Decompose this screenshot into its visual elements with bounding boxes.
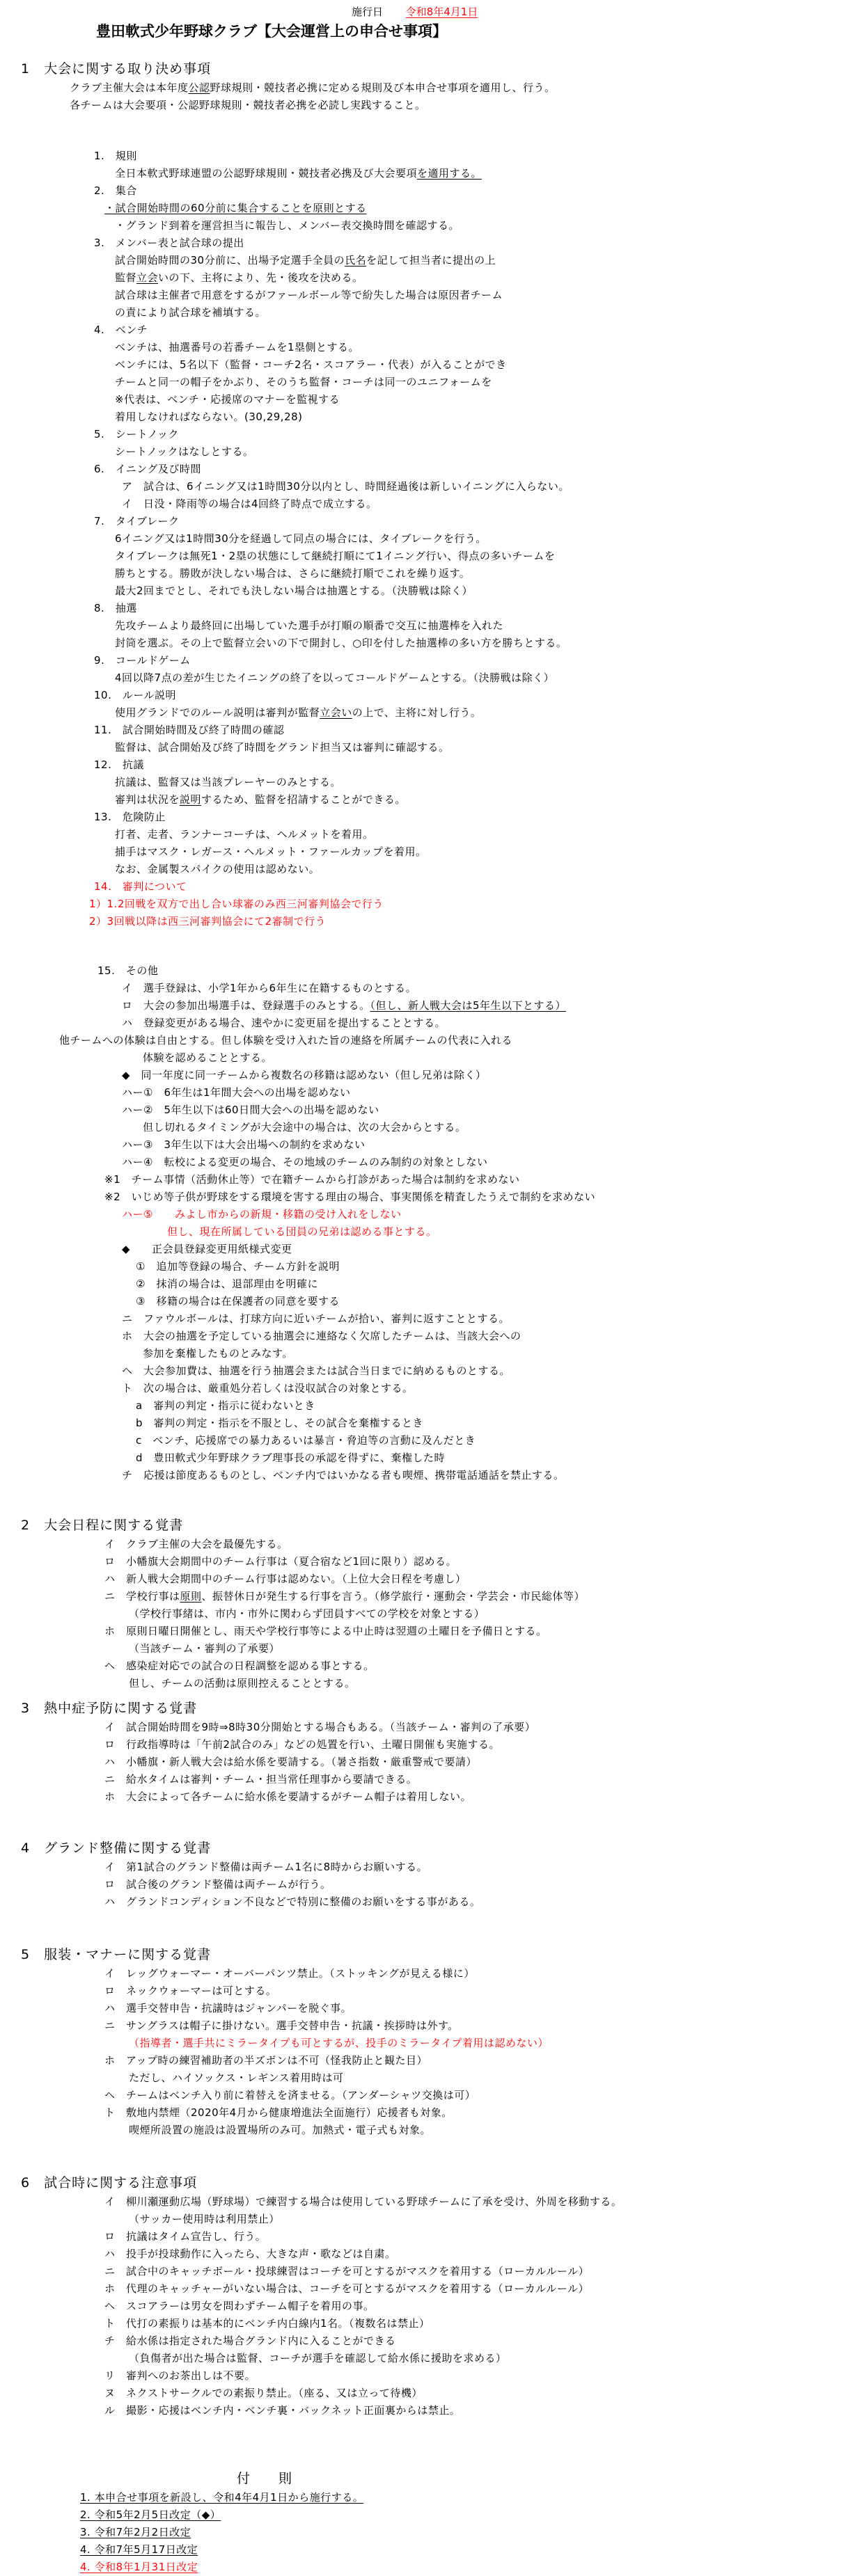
text-segment: 6イニング又は1時間30分を経過して同点の場合には、タイブレークを行う。 — [115, 532, 487, 545]
text-segment: タイブレークは無死1・2塁の状態にして継続打順にて1イニング行い、得点の多いチー… — [115, 550, 555, 562]
doc-line: 15. その他 — [0, 962, 864, 980]
text-segment: 2 大会日程に関する覚書 — [21, 1518, 183, 1533]
doc-line: 先攻チームより最終回に出場していた選手が打順の順番で交互に抽選棒を入れた — [0, 617, 864, 635]
doc-line: ただし、ハイソックス・レギンス着用時は可 — [0, 2069, 864, 2087]
doc-line: ヘ 大会参加費は、抽選を行う抽選会または試合当日までに納めるものとする。 — [0, 1362, 864, 1380]
text-segment: ロ 小幡旗大会期間中のチーム行事は（夏合宿など1回に限り）認める。 — [104, 1555, 457, 1568]
text-segment: 着用しなければならない。(30,29,28) — [115, 411, 303, 423]
text-segment: ただし、ハイソックス・レギンス着用時は可 — [129, 2072, 344, 2084]
text-segment: ベンチは、抽選番号の若番チームを1塁側とする。 — [115, 341, 359, 353]
text-segment: 喫煙所設置の施設は設置場所のみ可。加熱式・電子式も対象。 — [129, 2124, 431, 2136]
text-segment: 4 グランド整備に関する覚書 — [21, 1840, 211, 1856]
doc-line: 4. 令和8年1月31日改定 — [0, 2559, 864, 2576]
text-segment: ホ 大会の抽選を予定している抽選会に連絡なく欠席したチームは、当該大会への — [122, 1330, 521, 1342]
doc-line: ト 敷地内禁煙（2020年4月から健康増進法全面施行）応援者も対象。 — [0, 2104, 864, 2122]
doc-line: ハ 選手交替申告・抗議時はジャンパーを脱ぐ事。 — [0, 2000, 864, 2017]
text-segment: 封筒を選ぶ。その上で監督立会いの下で開封し、○印を付した抽選棒の多い方を勝ちとす… — [115, 637, 567, 649]
section-heading: 6 試合時に関する注意事項 — [0, 2172, 864, 2193]
text-segment: ② 抹消の場合は、退部理由を明確に — [136, 1278, 318, 1290]
text-segment: 最大2回までとし、それでも決しない場合は抽選とする。（決勝戦は除く） — [115, 585, 473, 597]
text-segment: ハー① 6年生は1年間大会への出場を認めない — [122, 1086, 351, 1099]
text-segment: 12. 抗議 — [94, 758, 144, 771]
doc-line: イ 日没・降雨等の場合は4回終了時点で成立する。 — [0, 495, 864, 513]
doc-line: （負傷者が出た場合は監督、コーチが選手を確認して給水係に援助を求める） — [0, 2350, 864, 2367]
text-segment: チームと同一の帽子をかぶり、そのうち監督・コーチは同一のユニフォームを — [115, 376, 492, 388]
text-segment: 15. その他 — [97, 964, 158, 977]
doc-line: ・試合開始時間の60分前に集合することを原則とする — [0, 200, 864, 217]
text-segment: 野球規則・競技者必携に定める規則及び本申合せ事項を適用し、行う。 — [210, 81, 556, 94]
text-segment: ※2 いじめ等子供が野球をする環境を害する理由の場合、事実関係を精査したうえで制… — [104, 1191, 595, 1203]
text-segment: チ 給水係は指定された場合グランド内に入ることができる — [104, 2335, 396, 2347]
text-segment: ロ 抗議はタイム宣告し、行う。 — [104, 2230, 266, 2243]
doc-line: ハ 登録変更がある場合、速やかに変更届を提出することとする。 — [0, 1015, 864, 1032]
doc-line: 11. 試合開始時間及び終了時間の確認 — [0, 722, 864, 739]
doc-line: チームと同一の帽子をかぶり、そのうち監督・コーチは同一のユニフォームを — [0, 374, 864, 391]
doc-line: クラブ主催大会は本年度公認野球規則・競技者必携に定める規則及び本申合せ事項を適用… — [0, 79, 864, 97]
doc-line: 1）1.2回戦を双方で出し合い球審のみ西三河審判協会で行う — [0, 896, 864, 913]
text-segment: ハ 小幡旗・新人戦大会は給水係を要請する。（暑さ指数・厳重警戒で要請） — [104, 1756, 477, 1768]
text-segment: ③ 移籍の場合は在保護者の同意を要する — [136, 1295, 340, 1307]
text-segment: （当該チーム・審判の了承要） — [129, 1642, 280, 1655]
doc-line: ハー① 6年生は1年間大会への出場を認めない — [0, 1084, 864, 1102]
text-segment: チ 応援は節度あるものとし、ベンチ内ではいかなる者も喫煙、携帯電話通話を禁止する… — [122, 1469, 565, 1481]
text-segment: ハー② 5年生以下は60日間大会への出場を認めない — [122, 1104, 379, 1116]
doc-line: ベンチには、5名以下（監督・コーチ2名・スコアラー・代表）が入ることができ — [0, 356, 864, 374]
text-segment: 、振替休日が発生する行事を言う。（修学旅行・運動会・学芸会・市民総体等） — [202, 1590, 586, 1603]
text-segment: ・試合開始時間の60分前に集合することを原則とする — [104, 202, 367, 214]
text-segment: 試合開始時間の30分前に、出場予定選手全員の — [115, 254, 345, 267]
document-body: 1 大会に関する取り決め事項クラブ主催大会は本年度公認野球規則・競技者必携に定め… — [0, 58, 864, 2576]
text-segment: 試合球は主催者で用意をするがファールボール等で紛失した場合は原因者チーム — [115, 289, 503, 301]
doc-line: ヌ ネクストサークルでの素振り禁止。（座る、又は立って待機） — [0, 2385, 864, 2402]
text-segment: 使用グランドでのルール説明は審判が監督 — [115, 706, 320, 719]
doc-line: ロ 試合後のグランド整備は両チームが行う。 — [0, 1876, 864, 1893]
text-segment: を適用する。 — [417, 167, 482, 180]
text-segment: ヘ スコアラーは男女を問わずチーム帽子を着用の事。 — [104, 2300, 375, 2312]
doc-line: 打者、走者、ランナーコーチは、ヘルメットを着用。 — [0, 826, 864, 843]
text-segment: ホ 大会によって各チームに給水係を要請するがチーム帽子は着用しない。 — [104, 1790, 471, 1803]
text-segment: 1 大会に関する取り決め事項 — [21, 61, 211, 77]
text-segment: 2. 集合 — [94, 184, 137, 197]
text-segment: （学校行事緒は、市内・市外に関わらず団員すべての学校を対象とする） — [129, 1607, 485, 1620]
doc-line: シートノックはなしとする。 — [0, 443, 864, 461]
text-segment: （指導者・選手共にミラータイプも可とするが、投手のミラータイプ着用は認めない） — [129, 2037, 549, 2049]
text-segment: 7. タイブレーク — [94, 515, 179, 527]
text-segment: ◆ 正会員登録変更用紙様式変更 — [122, 1243, 292, 1255]
doc-line: 3. 令和7年2月2日改定 — [0, 2524, 864, 2541]
doc-line: イ 選手登録は、小学1年から6年生に在籍するものとする。 — [0, 980, 864, 997]
text-segment: 審判は状況を — [115, 793, 180, 806]
doc-line: 2）3回戦以降は西三河審判協会にて2審制で行う — [0, 913, 864, 930]
doc-line: ・グランド到着を運営担当に報告し、メンバー表交換時間を確認する。 — [0, 217, 864, 234]
text-segment: 6. イニング及び時間 — [94, 463, 201, 475]
doc-line: ト 代打の素振りは基本的にベンチ内白線内1名。（複数名は禁止） — [0, 2315, 864, 2332]
text-segment: 1. 本申合せ事項を新設し、令和4年4月1日から施行する。 — [80, 2491, 363, 2504]
text-segment: 全日本軟式野球連盟の公認野球規則・競技者必携及び大会要項 — [115, 167, 417, 180]
text-segment: ハー④ 転校による変更の場合、その地域のチームのみ制約の対象としない — [122, 1156, 487, 1168]
doc-line: イ 試合開始時間を9時⇒8時30分開始とする場合もある。（当該チーム・審判の了承… — [0, 1719, 864, 1736]
text-segment: b 審判の判定・指示を不服とし、その試合を棄権するとき — [136, 1417, 423, 1429]
text-segment: ホ アップ時の練習補助者の半ズボンは不可（怪我防止と観た目） — [104, 2054, 427, 2067]
text-segment: ト 次の場合は、厳重処分若しくは没収試合の対象とする。 — [122, 1382, 414, 1394]
text-segment: 但し、現在所属している団員の兄弟は認める事とする。 — [167, 1225, 437, 1238]
text-segment: ロ 大会の参加出場選手は、登録選手のみとする。 — [122, 999, 370, 1012]
doc-line: 6. イニング及び時間 — [0, 461, 864, 478]
section-heading: 3 熱中症予防に関する覚書 — [0, 1698, 864, 1719]
doc-line: ト 次の場合は、厳重処分若しくは没収試合の対象とする。 — [0, 1380, 864, 1397]
doc-line: 4. ベンチ — [0, 321, 864, 339]
doc-line: の責により試合球を補填する。 — [0, 304, 864, 321]
text-segment: ベンチには、5名以下（監督・コーチ2名・スコアラー・代表）が入ることができ — [115, 358, 507, 371]
doc-line: 12. 抗議 — [0, 756, 864, 774]
doc-line: ニ ファウルボールは、打球方向に近いチームが拾い、審判に返すこととする。 — [0, 1310, 864, 1328]
text-segment: するため、監督を招請することができる。 — [201, 793, 406, 806]
text-segment: クラブ主催大会は本年度 — [70, 81, 189, 94]
text-segment: ヌ ネクストサークルでの素振り禁止。（座る、又は立って待機） — [104, 2387, 423, 2399]
issue-date-value: 令和8年4月1日 — [406, 6, 478, 18]
doc-line: ロ 大会の参加出場選手は、登録選手のみとする。（但し、新人戦大会は5年生以下とす… — [0, 997, 864, 1015]
doc-line: 参加を棄権したものとみなす。 — [0, 1345, 864, 1362]
doc-line: b 審判の判定・指示を不服とし、その試合を棄権するとき — [0, 1415, 864, 1432]
text-segment: 2. 令和5年2月5日改定（◆） — [80, 2509, 221, 2521]
text-segment: なお、金属製スパイクの使用は認めない。 — [115, 863, 320, 875]
text-segment: （負傷者が出た場合は監督、コーチが選手を確認して給水係に援助を求める） — [129, 2352, 507, 2364]
doc-line: ① 追加等登録の場合、チーム方針を説明 — [0, 1258, 864, 1275]
text-segment: ※代表は、ベンチ・応援席のマナーを監視する — [115, 393, 340, 406]
doc-line: 監督は、試合開始及び終了時間をグランド担当又は審判に確認する。 — [0, 739, 864, 756]
doc-line: 勝ちとする。勝敗が決しない場合は、さらに継続打順でこれを繰り返す。 — [0, 565, 864, 582]
text-segment: 各チームは大会要項・公認野球規則・競技者必携を必読し実践すること。 — [70, 99, 426, 111]
doc-line: 2. 令和5年2月5日改定（◆） — [0, 2506, 864, 2524]
text-segment: 11. 試合開始時間及び終了時間の確認 — [94, 724, 284, 736]
doc-line: 4回以降7点の差が生じたイニングの終了を以ってコールドゲームとする。（決勝戦は除… — [0, 669, 864, 687]
text-segment: 8. 抽選 — [94, 602, 137, 614]
doc-line: 審判は状況を説明するため、監督を招請することができる。 — [0, 791, 864, 809]
doc-line: 封筒を選ぶ。その上で監督立会いの下で開封し、○印を付した抽選棒の多い方を勝ちとす… — [0, 635, 864, 652]
text-segment: d 豊田軟式少年野球クラブ理事長の承認を得ずに、棄権した時 — [136, 1452, 445, 1464]
page-title: 豊田軟式少年野球クラブ【大会運営上の申合せ事項】 — [0, 21, 864, 42]
text-segment: イ 第1試合のグランド整備は両チーム1名に8時からお願いする。 — [104, 1861, 427, 1873]
doc-line: なお、金属製スパイクの使用は認めない。 — [0, 861, 864, 878]
section-heading: 2 大会日程に関する覚書 — [0, 1515, 864, 1536]
text-segment: 抗議は、監督又は当該プレーヤーのみとする。 — [115, 776, 341, 788]
doc-line: ※代表は、ベンチ・応援席のマナーを監視する — [0, 391, 864, 408]
doc-line: 14. 審判について — [0, 878, 864, 896]
doc-line: 1. 規則 — [0, 148, 864, 165]
doc-line: ホ アップ時の練習補助者の半ズボンは不可（怪我防止と観た目） — [0, 2052, 864, 2069]
text-segment: イ 日没・降雨等の場合は4回終了時点で成立する。 — [122, 498, 377, 510]
doc-line: ニ 試合中のキャッチボール・投球練習はコーチを可とするがマスクを着用する（ローカ… — [0, 2263, 864, 2280]
doc-line: 但し切れるタイミングが大会途中の場合は、次の大会からとする。 — [0, 1119, 864, 1136]
text-segment: ① 追加等登録の場合、チーム方針を説明 — [136, 1260, 340, 1273]
doc-line: 試合球は主催者で用意をするがファールボール等で紛失した場合は原因者チーム — [0, 287, 864, 304]
doc-line: イ 第1試合のグランド整備は両チーム1名に8時からお願いする。 — [0, 1859, 864, 1876]
doc-line: ② 抹消の場合は、退部理由を明確に — [0, 1275, 864, 1293]
doc-line: リ 審判へのお茶出しは不要。 — [0, 2367, 864, 2385]
text-segment: ヘ 大会参加費は、抽選を行う抽選会または試合当日までに納めるものとする。 — [122, 1365, 510, 1377]
text-segment: 打者、走者、ランナーコーチは、ヘルメットを着用。 — [115, 828, 374, 841]
text-segment: いの下、主将により、先・後攻を決める。 — [158, 271, 363, 284]
doc-line: 抗議は、監督又は当該プレーヤーのみとする。 — [0, 774, 864, 791]
doc-line: ロ 抗議はタイム宣告し、行う。 — [0, 2228, 864, 2245]
doc-line: ベンチは、抽選番号の若番チームを1塁側とする。 — [0, 339, 864, 356]
doc-line: c ベンチ、応援席での暴力あるいは暴言・脅迫等の言動に及んだとき — [0, 1432, 864, 1449]
doc-line: ロ ネックウォーマーは可とする。 — [0, 1982, 864, 2000]
text-segment: 4. 令和8年1月31日改定 — [80, 2561, 198, 2573]
text-segment: イ クラブ主催の大会を最優先する。 — [104, 1538, 288, 1550]
text-segment: ハ 登録変更がある場合、速やかに変更届を提出することとする。 — [122, 1017, 446, 1029]
text-segment: 立会い — [320, 706, 352, 719]
doc-line: ※2 いじめ等子供が野球をする環境を害する理由の場合、事実関係を精査したうえで制… — [0, 1188, 864, 1206]
text-segment: 4. 令和7年5月17日改定 — [80, 2543, 198, 2556]
text-segment: ニ サングラスは帽子に掛けない。選手交替申告・抗議・挨拶時は外す。 — [104, 2019, 459, 2032]
doc-line: ③ 移籍の場合は在保護者の同意を要する — [0, 1293, 864, 1310]
text-segment: ニ 給水タイムは審判・チーム・担当常任理事から要請できる。 — [104, 1773, 417, 1786]
text-segment: ハ グランドコンディション不良などで特別に整備のお願いをする事がある。 — [104, 1895, 480, 1908]
doc-line: ハ 投手が投球動作に入ったら、大きな声・歌などは自粛。 — [0, 2245, 864, 2263]
text-segment: 9. コールドゲーム — [94, 654, 191, 667]
doc-line: ヘ チームはベンチ入り前に着替えを済ませる。（アンダーシャツ交換は可） — [0, 2087, 864, 2104]
text-segment: イ 選手登録は、小学1年から6年生に在籍するものとする。 — [122, 982, 416, 994]
text-segment: 参加を棄権したものとみなす。 — [143, 1347, 293, 1360]
doc-line: ヘ スコアラーは男女を問わずチーム帽子を着用の事。 — [0, 2298, 864, 2315]
doc-line: 捕手はマスク・レガース・ヘルメット・ファールカップを着用。 — [0, 843, 864, 861]
text-segment: 付 則 — [237, 2471, 292, 2486]
text-segment: 他チームへの体験は自由とする。但し体験を受け入れた旨の連絡を所属チームの代表に入… — [59, 1034, 512, 1047]
text-segment: ホ 代理のキャッチャーがいない場合は、コーチを可とするがマスクを着用する（ローカ… — [104, 2282, 589, 2295]
doc-line: イ 柳川瀬運動広場（野球場）で練習する場合は使用している野球チームに了承を受け、… — [0, 2193, 864, 2211]
doc-line: ハー⑤ みよし市からの新規・移籍の受け入れをしない — [0, 1206, 864, 1223]
doc-line: 7. タイブレーク — [0, 513, 864, 530]
doc-line: イ クラブ主催の大会を最優先する。 — [0, 1536, 864, 1553]
text-segment: ロ 試合後のグランド整備は両チームが行う。 — [104, 1878, 331, 1891]
text-segment: ア 試合は、6イニング又は1時間30分以内とし、時間経過後は新しいイニングに入ら… — [122, 480, 570, 493]
doc-line: ヘ 感染症対応での試合の日程調整を認める事とする。 — [0, 1657, 864, 1675]
doc-line: ホ 原則日曜日開催とし、雨天や学校行事等による中止時は翌週の土曜日を予備日とする… — [0, 1623, 864, 1640]
text-segment: シートノックはなしとする。 — [115, 445, 254, 458]
doc-line: ◆ 同一年度に同一チームから複数名の移籍は認めない（但し兄弟は除く） — [0, 1067, 864, 1084]
text-segment: 勝ちとする。勝敗が決しない場合は、さらに継続打順でこれを繰り返す。 — [115, 567, 470, 580]
text-segment: イ 柳川瀬運動広場（野球場）で練習する場合は使用している野球チームに了承を受け、… — [104, 2195, 622, 2208]
text-segment: ヘ チームはベンチ入り前に着替えを済ませる。（アンダーシャツ交換は可） — [104, 2089, 476, 2101]
doc-line: 他チームへの体験は自由とする。但し体験を受け入れた旨の連絡を所属チームの代表に入… — [0, 1032, 864, 1049]
text-segment: ロ 行政指導時は「午前2試合のみ」などの処置を行い、土曜日開催も実施する。 — [104, 1738, 500, 1751]
issue-date-label: 施行日 — [352, 6, 383, 18]
doc-line: a 審判の判定・指示に従わないとき — [0, 1397, 864, 1415]
doc-line: （当該チーム・審判の了承要） — [0, 1640, 864, 1657]
text-segment: （サッカー使用時は利用禁止） — [129, 2213, 280, 2225]
text-segment: ハ 選手交替申告・抗議時はジャンパーを脱ぐ事。 — [104, 2002, 352, 2014]
text-segment: ◆ 同一年度に同一チームから複数名の移籍は認めない（但し兄弟は除く） — [122, 1069, 487, 1081]
text-segment: の責により試合球を補填する。 — [115, 306, 266, 319]
section-heading: 1 大会に関する取り決め事項 — [0, 58, 864, 79]
text-segment: 監督は、試合開始及び終了時間をグランド担当又は審判に確認する。 — [115, 741, 450, 754]
doc-line: 監督立会いの下、主将により、先・後攻を決める。 — [0, 269, 864, 287]
section-heading: 4 グランド整備に関する覚書 — [0, 1838, 864, 1859]
text-segment: c ベンチ、応援席での暴力あるいは暴言・脅迫等の言動に及んだとき — [136, 1434, 476, 1447]
text-segment: 原則 — [180, 1590, 202, 1603]
doc-line: ハー③ 3年生以下は大会出場への制約を求めない — [0, 1136, 864, 1154]
doc-line: ロ 小幡旗大会期間中のチーム行事は（夏合宿など1回に限り）認める。 — [0, 1553, 864, 1571]
text-segment: 3. メンバー表と試合球の提出 — [94, 237, 244, 249]
doc-line: 使用グランドでのルール説明は審判が監督立会いの上で、主将に対し行う。 — [0, 704, 864, 722]
text-segment: 4回以降7点の差が生じたイニングの終了を以ってコールドゲームとする。（決勝戦は除… — [115, 671, 554, 684]
text-segment: ニ 試合中のキャッチボール・投球練習はコーチを可とするがマスクを着用する（ローカ… — [104, 2265, 589, 2277]
doc-line: 3. メンバー表と試合球の提出 — [0, 234, 864, 252]
doc-line: ハー② 5年生以下は60日間大会への出場を認めない — [0, 1102, 864, 1119]
text-segment: を記して担当者に提出の上 — [366, 254, 496, 267]
doc-line: ホ 代理のキャッチャーがいない場合は、コーチを可とするがマスクを着用する（ローカ… — [0, 2280, 864, 2298]
doc-line: 各チームは大会要項・公認野球規則・競技者必携を必読し実践すること。 — [0, 97, 864, 114]
text-segment: ホ 原則日曜日開催とし、雨天や学校行事等による中止時は翌週の土曜日を予備日とする… — [104, 1625, 547, 1637]
doc-line: ニ サングラスは帽子に掛けない。選手交替申告・抗議・挨拶時は外す。 — [0, 2017, 864, 2035]
text-segment: 説明 — [180, 793, 201, 806]
doc-line: 5. シートノック — [0, 426, 864, 443]
doc-line: ※1 チーム事情（活動休止等）で在籍チームから打診があった場合は制約を求めない — [0, 1171, 864, 1188]
section-heading: 5 服装・マナーに関する覚書 — [0, 1944, 864, 1965]
doc-line: イ レッグウォーマー・オーバーパンツ禁止。（ストッキングが見える様に） — [0, 1965, 864, 1982]
doc-line: 8. 抽選 — [0, 600, 864, 617]
doc-line: 但し、現在所属している団員の兄弟は認める事とする。 — [0, 1223, 864, 1241]
text-segment: 公認 — [189, 81, 210, 94]
doc-line: タイブレークは無死1・2塁の状態にして継続打順にて1イニング行い、得点の多いチー… — [0, 548, 864, 565]
text-segment: 5 服装・マナーに関する覚書 — [21, 1947, 211, 1962]
text-segment: ハー③ 3年生以下は大会出場への制約を求めない — [122, 1138, 366, 1151]
doc-line: ホ 大会によって各チームに給水係を要請するがチーム帽子は着用しない。 — [0, 1788, 864, 1806]
doc-line: チ 応援は節度あるものとし、ベンチ内ではいかなる者も喫煙、携帯電話通話を禁止する… — [0, 1467, 864, 1484]
doc-line: 1. 本申合せ事項を新設し、令和4年4月1日から施行する。 — [0, 2489, 864, 2506]
doc-line: ニ 給水タイムは審判・チーム・担当常任理事から要請できる。 — [0, 1771, 864, 1788]
text-segment: ハ 投手が投球動作に入ったら、大きな声・歌などは自粛。 — [104, 2248, 396, 2260]
text-segment: リ 審判へのお茶出しは不要。 — [104, 2369, 256, 2382]
text-segment: 1. 規則 — [94, 150, 137, 162]
text-segment: 4. ベンチ — [94, 324, 148, 336]
text-segment: ニ 学校行事は — [104, 1590, 180, 1603]
doc-line: ロ 行政指導時は「午前2試合のみ」などの処置を行い、土曜日開催も実施する。 — [0, 1736, 864, 1754]
text-segment: 2）3回戦以降は西三河審判協会にて2審制で行う — [89, 915, 326, 928]
doc-line: 喫煙所設置の施設は設置場所のみ可。加熱式・電子式も対象。 — [0, 2122, 864, 2139]
text-segment: 体験を認めることとする。 — [143, 1051, 272, 1064]
text-segment: 13. 危険防止 — [94, 811, 166, 823]
doc-line: （指導者・選手共にミラータイプも可とするが、投手のミラータイプ着用は認めない） — [0, 2035, 864, 2052]
text-segment: 先攻チームより最終回に出場していた選手が打順の順番で交互に抽選棒を入れた — [115, 619, 503, 632]
text-segment: ・グランド到着を運営担当に報告し、メンバー表交換時間を確認する。 — [115, 219, 460, 232]
text-segment: 6 試合時に関する注意事項 — [21, 2175, 197, 2191]
text-segment: 氏名 — [345, 254, 366, 267]
doc-line: 但し、チームの活動は原則控えることとする。 — [0, 1675, 864, 1692]
doc-line: d 豊田軟式少年野球クラブ理事長の承認を得ずに、棄権した時 — [0, 1449, 864, 1467]
doc-line: 2. 集合 — [0, 182, 864, 200]
doc-line: 10. ルール説明 — [0, 687, 864, 704]
doc-line: 13. 危険防止 — [0, 809, 864, 826]
text-segment: 但し切れるタイミングが大会途中の場合は、次の大会からとする。 — [143, 1121, 466, 1134]
doc-line: 着用しなければならない。(30,29,28) — [0, 408, 864, 426]
doc-line: ハ 新人戦大会期間中のチーム行事は認めない。（上位大会日程を考慮し） — [0, 1571, 864, 1588]
text-segment: ハ 新人戦大会期間中のチーム行事は認めない。（上位大会日程を考慮し） — [104, 1573, 466, 1585]
text-segment: ニ ファウルボールは、打球方向に近いチームが拾い、審判に返すこととする。 — [122, 1312, 510, 1325]
text-segment: ※1 チーム事情（活動休止等）で在籍チームから打診があった場合は制約を求めない — [104, 1173, 519, 1186]
text-segment: ト 代打の素振りは基本的にベンチ内白線内1名。（複数名は禁止） — [104, 2317, 430, 2330]
doc-line: ハ 小幡旗・新人戦大会は給水係を要請する。（暑さ指数・厳重警戒で要請） — [0, 1754, 864, 1771]
text-segment: ル 撮影・応援はベンチ内・ベンチ裏・バックネット正面裏からは禁止。 — [104, 2404, 460, 2417]
text-segment: ロ ネックウォーマーは可とする。 — [104, 1985, 276, 1997]
document-page: 施行日 令和8年4月1日 豊田軟式少年野球クラブ【大会運営上の申合せ事項】 1 … — [0, 0, 864, 2576]
text-segment: ハー⑤ みよし市からの新規・移籍の受け入れをしない — [122, 1208, 401, 1221]
text-segment: イ レッグウォーマー・オーバーパンツ禁止。（ストッキングが見える様に） — [104, 1967, 475, 1980]
text-segment: ヘ 感染症対応での試合の日程調整を認める事とする。 — [104, 1660, 375, 1672]
doc-line: 最大2回までとし、それでも決しない場合は抽選とする。（決勝戦は除く） — [0, 582, 864, 600]
text-segment: 14. 審判について — [94, 880, 187, 893]
doc-line: 9. コールドゲーム — [0, 652, 864, 669]
text-segment: 5. シートノック — [94, 428, 179, 440]
text-segment: の上で、主将に対し行う。 — [352, 706, 482, 719]
doc-line: ハ グランドコンディション不良などで特別に整備のお願いをする事がある。 — [0, 1893, 864, 1911]
doc-line: ハー④ 転校による変更の場合、その地域のチームのみ制約の対象としない — [0, 1154, 864, 1171]
doc-line: 6イニング又は1時間30分を経過して同点の場合には、タイブレークを行う。 — [0, 530, 864, 548]
doc-line: 試合開始時間の30分前に、出場予定選手全員の氏名を記して担当者に提出の上 — [0, 252, 864, 269]
doc-line: チ 給水係は指定された場合グランド内に入ることができる — [0, 2332, 864, 2350]
text-segment: イ 試合開始時間を9時⇒8時30分開始とする場合もある。（当該チーム・審判の了承… — [104, 1721, 535, 1733]
text-segment: 但し、チームの活動は原則控えることとする。 — [129, 1677, 356, 1689]
doc-line: （サッカー使用時は利用禁止） — [0, 2211, 864, 2228]
text-segment: 捕手はマスク・レガース・ヘルメット・ファールカップを着用。 — [115, 845, 427, 858]
text-segment: 3 熱中症予防に関する覚書 — [21, 1701, 197, 1716]
doc-line: 全日本軟式野球連盟の公認野球規則・競技者必携及び大会要項を適用する。 — [0, 165, 864, 182]
text-segment: 10. ルール説明 — [94, 689, 176, 701]
text-segment: 3. 令和7年2月2日改定 — [80, 2526, 191, 2538]
doc-line: ニ 学校行事は原則、振替休日が発生する行事を言う。（修学旅行・運動会・学芸会・市… — [0, 1588, 864, 1605]
text-segment: 立会 — [136, 271, 158, 284]
text-segment: 監督 — [115, 271, 136, 284]
text-segment: 1）1.2回戦を双方で出し合い球審のみ西三河審判協会で行う — [89, 898, 384, 910]
doc-line: （学校行事緒は、市内・市外に関わらず団員すべての学校を対象とする） — [0, 1605, 864, 1623]
doc-line: 4. 令和7年5月17日改定 — [0, 2541, 864, 2559]
doc-line: ア 試合は、6イニング又は1時間30分以内とし、時間経過後は新しいイニングに入ら… — [0, 478, 864, 495]
doc-line: 体験を認めることとする。 — [0, 1049, 864, 1067]
section-heading: 付 則 — [0, 2468, 864, 2489]
doc-line: ホ 大会の抽選を予定している抽選会に連絡なく欠席したチームは、当該大会への — [0, 1328, 864, 1345]
text-segment: （但し、新人戦大会は5年生以下とする） — [370, 999, 567, 1012]
doc-line: ◆ 正会員登録変更用紙様式変更 — [0, 1241, 864, 1258]
issue-date-row: 施行日 令和8年4月1日 — [0, 4, 864, 19]
text-segment: ト 敷地内禁煙（2020年4月から健康増進法全面施行）応援者も対象。 — [104, 2106, 453, 2119]
text-segment: a 審判の判定・指示に従わないとき — [136, 1399, 315, 1412]
doc-line: ル 撮影・応援はベンチ内・ベンチ裏・バックネット正面裏からは禁止。 — [0, 2402, 864, 2419]
